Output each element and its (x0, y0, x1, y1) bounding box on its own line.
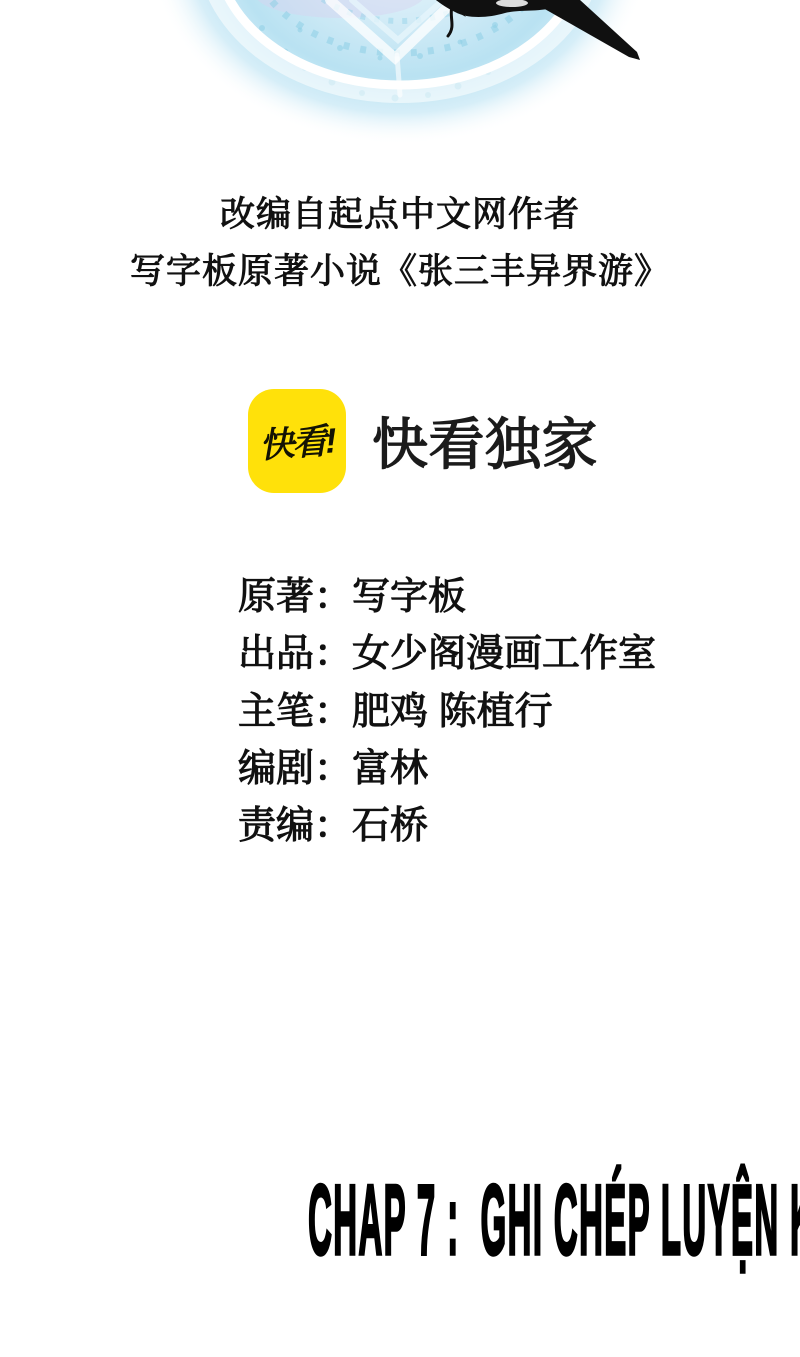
credit-label: 编剧： (238, 741, 352, 798)
brand-wordmark: 快看独家 (372, 401, 598, 481)
brand-row: 快看! 快看独家 (248, 389, 598, 493)
credit-value: 石桥 (352, 798, 428, 855)
adaptation-note-line2: 写字板原著小说《张三丰异界游》 (0, 243, 800, 300)
chapter-title-text: CHAP 7 : GHI CHÉP LUYỆN KIM (308, 1163, 800, 1277)
credit-row-screenwriter: 编剧： 富林 (238, 741, 656, 798)
credit-row-original-author: 原著： 写字板 (238, 569, 656, 626)
credit-value: 肥鸡 陈植行 (352, 684, 553, 741)
chapter-title: CHAP 7 : GHI CHÉP LUYỆN KIM (0, 1163, 800, 1243)
credit-value: 富林 (352, 741, 428, 798)
adaptation-note: 改编自起点中文网作者 写字板原著小说《张三丰异界游》 (0, 186, 800, 300)
credit-label: 主笔： (238, 684, 352, 741)
credit-value: 写字板 (352, 569, 466, 626)
kuaikan-logo-text: 快看! (258, 413, 337, 468)
header-art (0, 0, 800, 148)
credits-list: 原著： 写字板 出品： 女少阁漫画工作室 主笔： 肥鸡 陈植行 编剧： 富林 责… (238, 569, 656, 855)
credit-row-lead-artist: 主笔： 肥鸡 陈植行 (238, 684, 656, 741)
credit-row-editor: 责编： 石桥 (238, 798, 656, 855)
credit-label: 出品： (238, 626, 352, 683)
comic-credits-page: 改编自起点中文网作者 写字板原著小说《张三丰异界游》 快看! 快看独家 原著： … (0, 0, 800, 1357)
kuaikan-logo-icon: 快看! (248, 389, 346, 493)
credit-label: 原著： (238, 569, 352, 626)
credit-row-producer: 出品： 女少阁漫画工作室 (238, 626, 656, 683)
adaptation-note-line1: 改编自起点中文网作者 (0, 186, 800, 243)
credit-label: 责编： (238, 798, 352, 855)
credit-value: 女少阁漫画工作室 (352, 626, 656, 683)
